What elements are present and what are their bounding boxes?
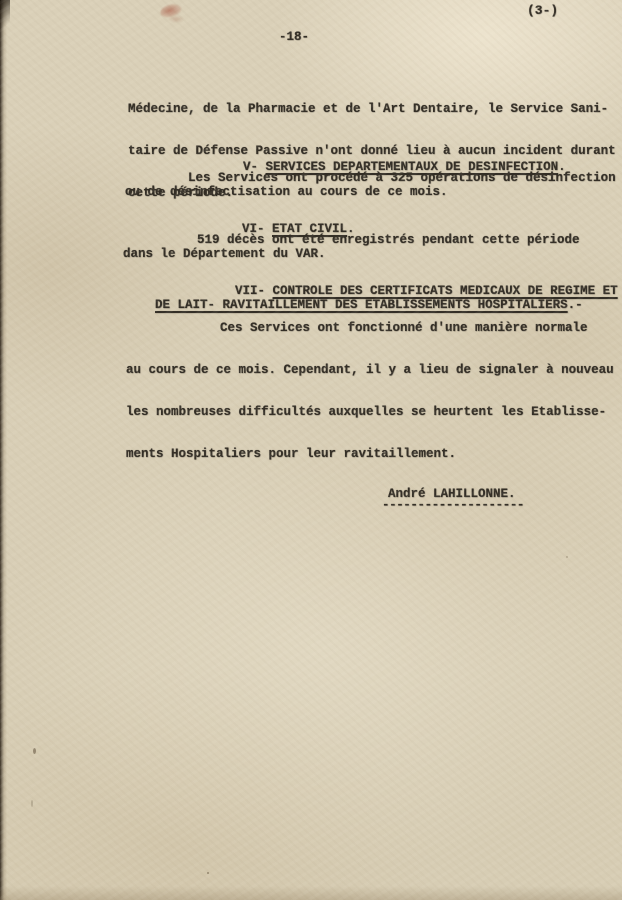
heading-suffix: .-	[568, 298, 583, 312]
paper-speck	[207, 872, 209, 874]
bottom-edge-shadow	[0, 886, 622, 900]
heading-title: DE LAIT- RAVITAILLEMENT DES ETABLISSEMEN…	[155, 298, 568, 312]
section-vii-heading-line2: DE LAIT- RAVITAILLEMENT DES ETABLISSEMEN…	[125, 284, 583, 326]
intro-line: Médecine, de la Pharmacie et de l'Art De…	[128, 102, 616, 116]
document-page: (3-) -18- Médecine, de la Pharmacie et d…	[0, 0, 622, 900]
section-vii-line: Ces Services ont fonctionné d'une manièr…	[220, 321, 588, 335]
section-vii-line: au cours de ce mois. Cependant, il y a l…	[126, 363, 614, 377]
paper-speck	[566, 556, 568, 558]
section-vii-line: ments Hospitaliers pour leur ravitaillem…	[126, 447, 614, 461]
section-vii-line: les nombreuses difficultés auxquelles se…	[126, 405, 614, 419]
paper-speck	[33, 748, 36, 754]
signature-rule: --------------------	[382, 498, 524, 512]
section-vi-line: dans le Département du VAR.	[123, 247, 326, 261]
left-edge-shadow	[0, 0, 7, 900]
paper-speck	[31, 800, 33, 807]
section-vii-paragraph: au cours de ce mois. Cependant, il y a l…	[126, 335, 614, 489]
page-number: -18-	[279, 30, 309, 44]
corner-mark: (3-)	[527, 4, 558, 18]
top-left-corner-shadow	[0, 0, 10, 30]
section-v-line: ou de désinfectisation au cours de ce mo…	[125, 185, 448, 199]
red-stain-smudge	[168, 15, 184, 23]
section-v-line: Les Services ont procédé à 325 opération…	[188, 171, 616, 185]
section-vi-line: 519 décès ont été enregistrés pendant ce…	[197, 233, 580, 247]
